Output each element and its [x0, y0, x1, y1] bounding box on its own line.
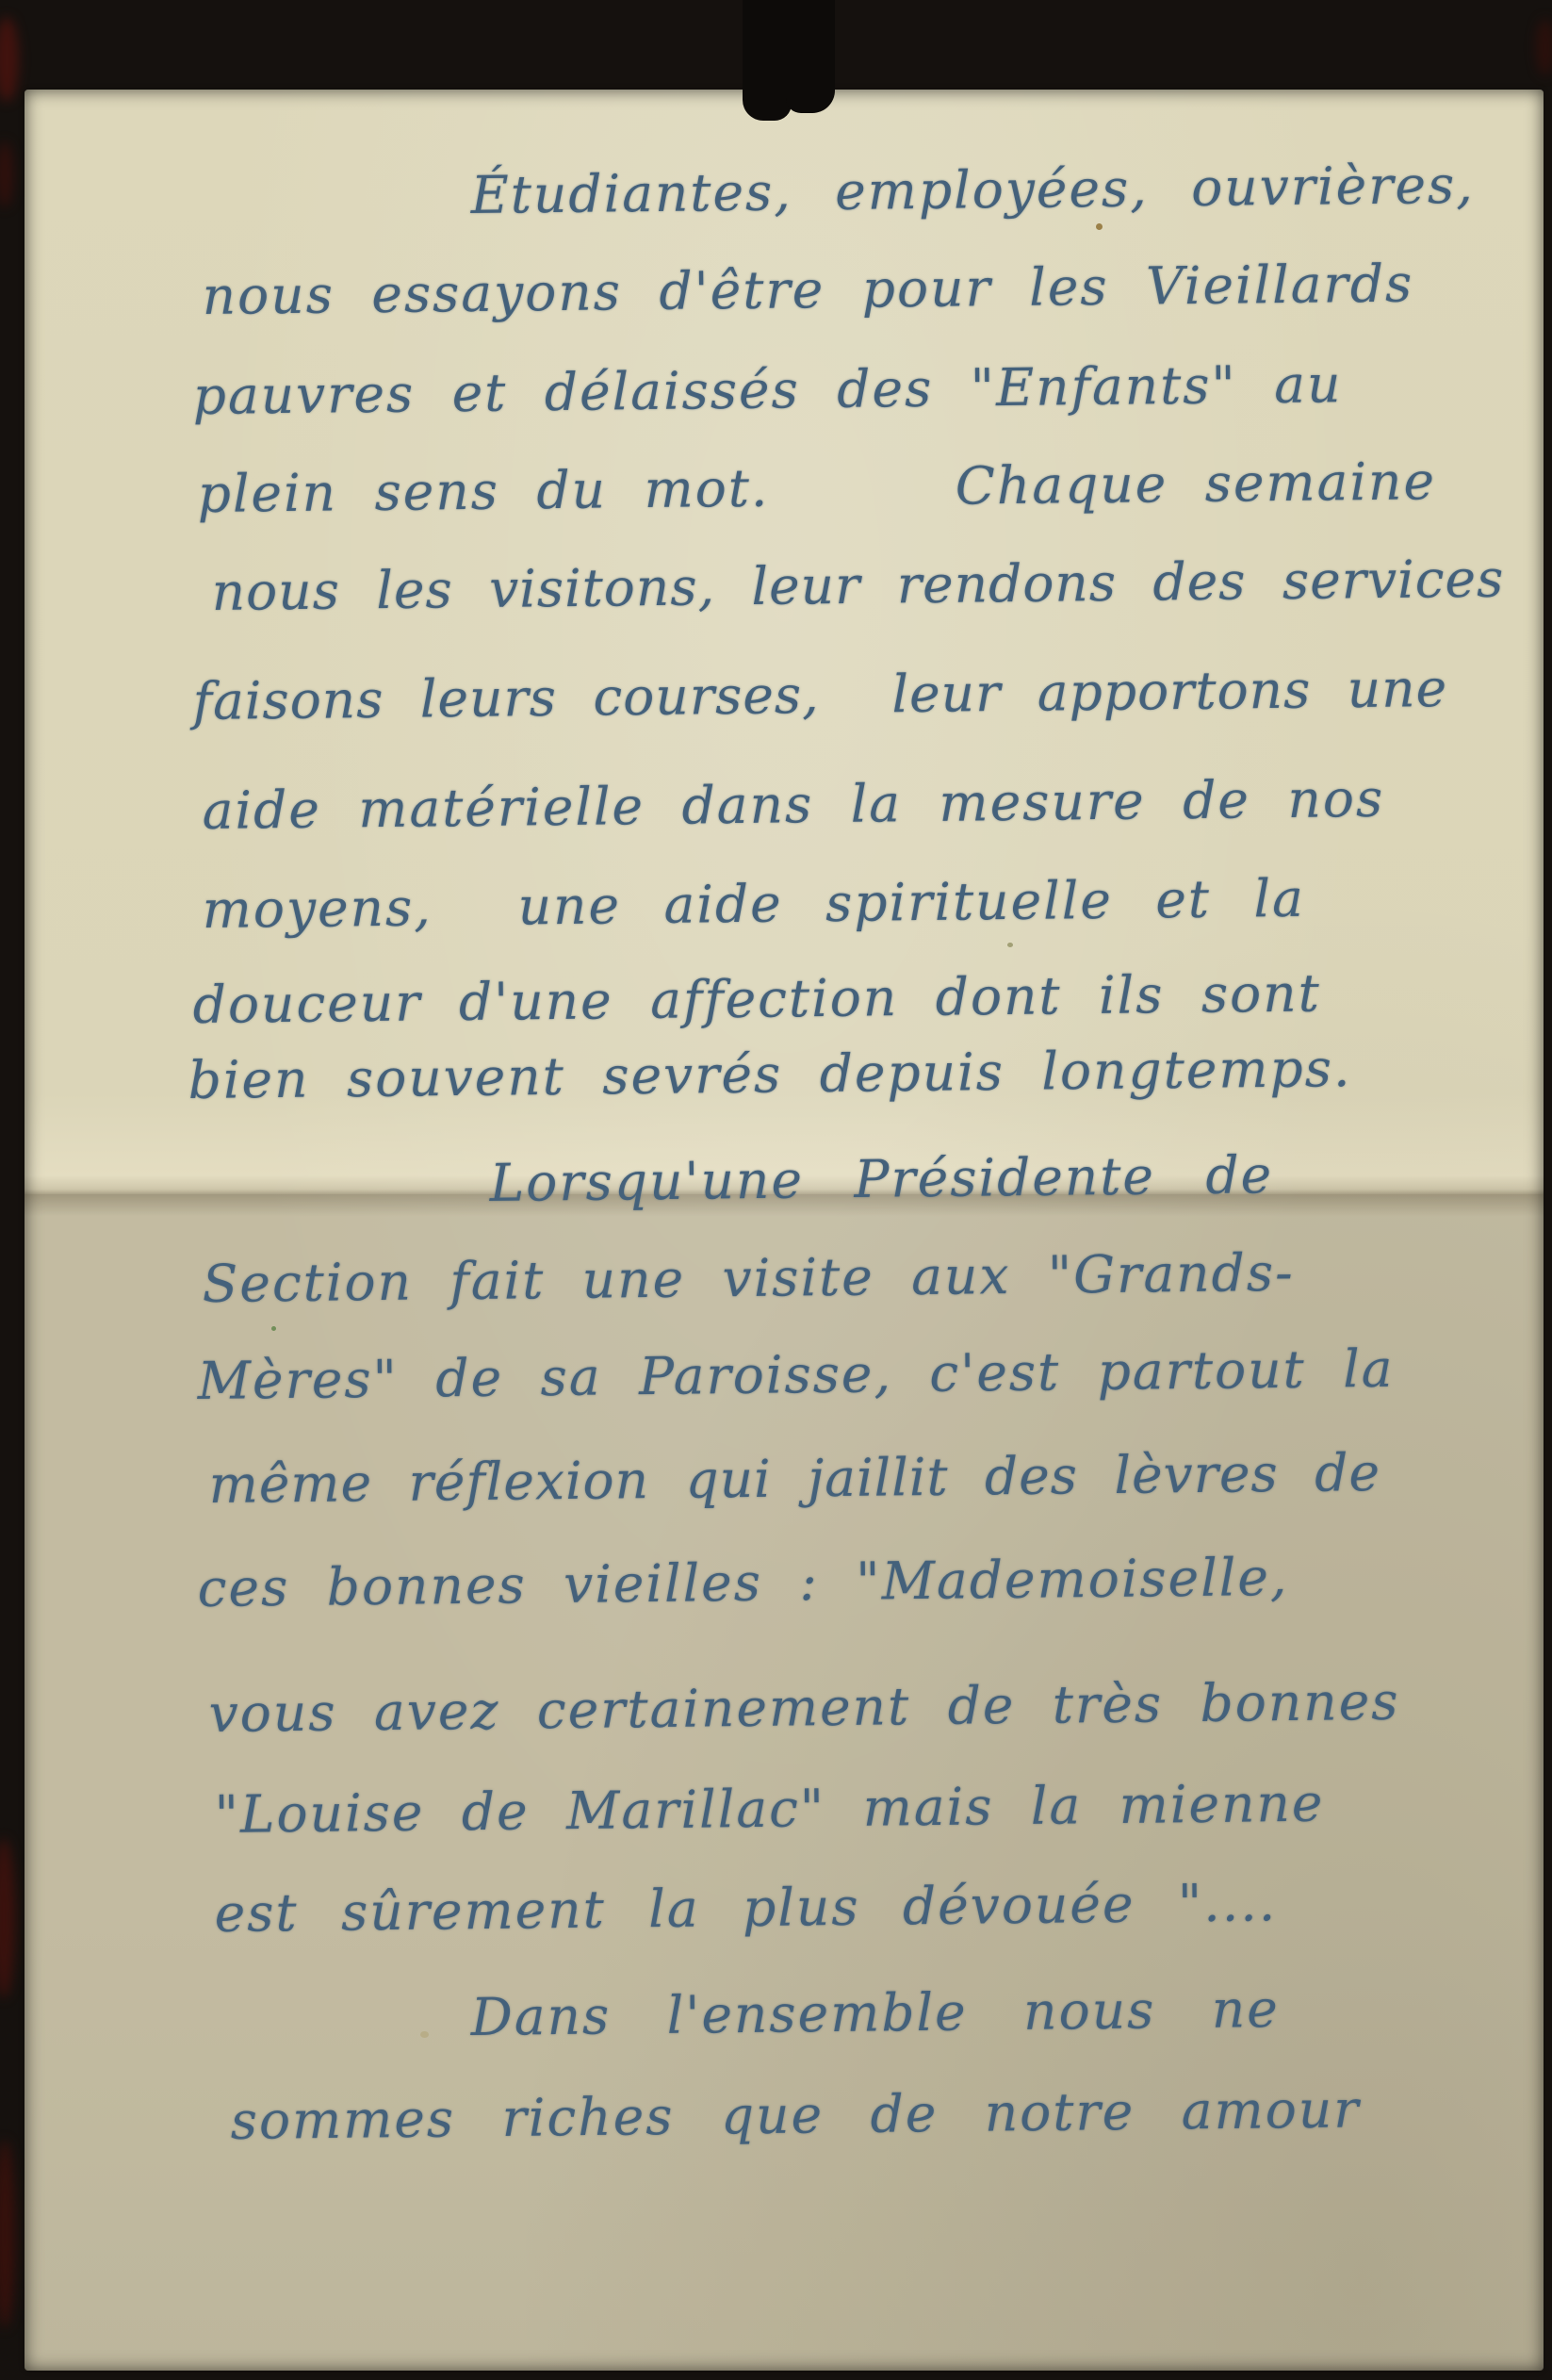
letter-line-8: moyens, une aide spirituelle et la	[202, 868, 1305, 940]
letter-line-11: Lorsqu'une Présidente de	[489, 1144, 1273, 1213]
letter-line-16: vous avez certainement de très bonnes	[208, 1671, 1399, 1744]
letter-line-18: est sûrement la plus dévouée "....	[214, 1872, 1277, 1944]
letter-line-1: Étudiantes, employées, ouvrières,	[470, 155, 1475, 225]
letter-line-4: plein sens du mot. Chaque semaine	[197, 451, 1436, 524]
letter-line-5: nous les visitons, leur rendons des serv…	[211, 549, 1504, 622]
letter-line-14: même réflexion qui jaillit des lèvres de	[208, 1442, 1380, 1515]
letter-line-2: nous essayons d'être pour les Vieillards	[202, 254, 1413, 326]
letter-line-12: Section fait une visite aux "Grands-	[202, 1242, 1295, 1314]
letter-line-10: bien souvent sevrés depuis longtemps.	[188, 1038, 1351, 1110]
letter-line-15: ces bonnes vieilles : "Mademoiselle,	[197, 1547, 1288, 1618]
letter-line-3: pauvres et délaissés des "Enfants" au	[192, 353, 1342, 426]
letter-line-19: Dans l'ensemble nous ne	[470, 1978, 1280, 2047]
letter-line-9: douceur d'une affection dont ils sont	[192, 962, 1321, 1035]
letter-line-17: "Louise de Marillac" mais la mienne	[214, 1773, 1324, 1845]
letter-line-7: aide matérielle dans la mesure de nos	[202, 768, 1384, 841]
letter-line-20: sommes riches que de notre amour	[230, 2078, 1361, 2151]
photo-background: Étudiantes, employées, ouvrières,nous es…	[0, 0, 1552, 2380]
letter-line-13: Mères" de sa Paroisse, c'est partout la	[197, 1338, 1395, 1411]
letter-text: Étudiantes, employées, ouvrières,nous es…	[0, 0, 1552, 2380]
letter-line-6: faisons leurs courses, leur apportons un…	[192, 658, 1447, 731]
